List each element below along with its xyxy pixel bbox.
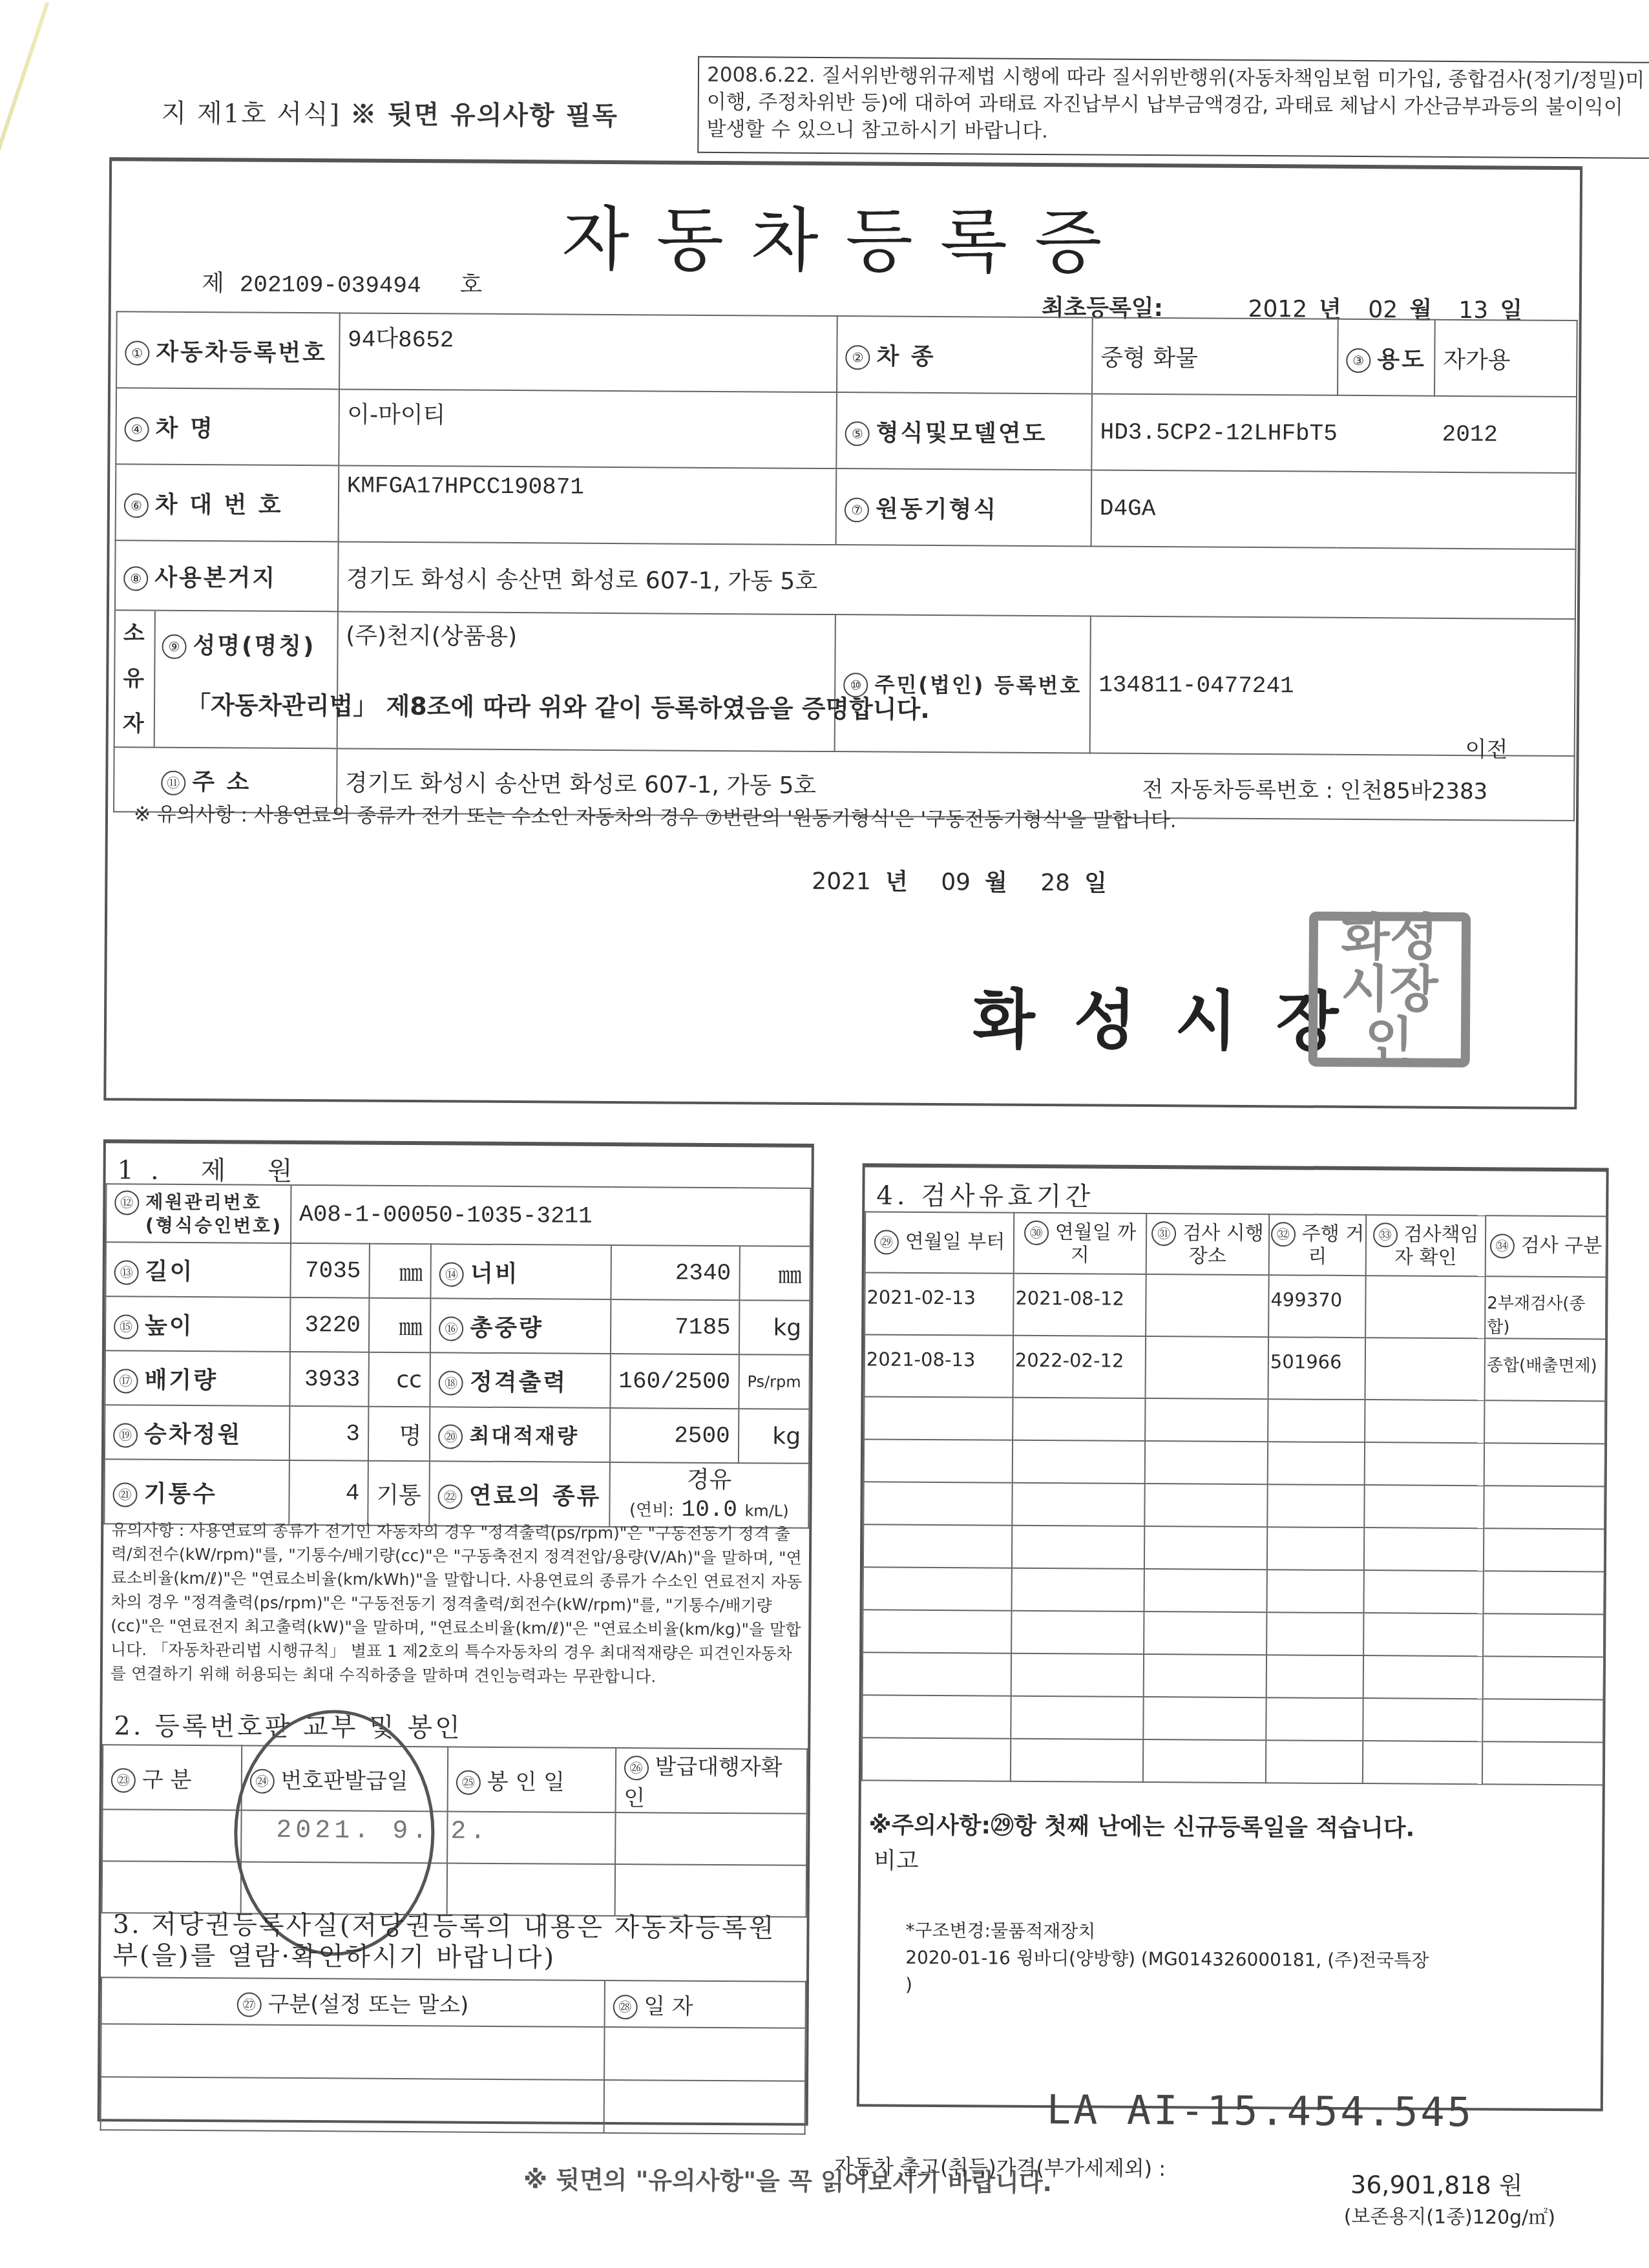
remarks-label: 비고 <box>874 1842 919 1875</box>
column-header: ㉘일 자 <box>604 1980 806 2028</box>
table-row: ⑰배기량 3933 cc ⑱정격출력 160/2500 Ps/rpm <box>105 1350 809 1409</box>
table-row: ⑥차 대 번 호 KMFGA17HPCC190871 ⑦원동기형식 D4GA <box>116 464 1577 549</box>
label-text: 제원관리번호 <box>145 1192 262 1213</box>
vehicle-name-value: 이-마이티 <box>339 389 837 468</box>
rated-output-value: 160/2500 <box>610 1354 739 1409</box>
field-number: ㉜ <box>1271 1222 1296 1246</box>
empty-cell <box>1011 1611 1144 1654</box>
cell-type: 종합(배출면제) <box>1485 1338 1606 1401</box>
empty-cell <box>1267 1527 1364 1570</box>
field-label: ③용도 <box>1338 319 1435 396</box>
cert-no-suffix: 호 <box>460 272 483 299</box>
empty-cell <box>1145 1441 1268 1484</box>
empty-cell <box>1144 1484 1267 1527</box>
owner-name-value: (주)천지(상품용) <box>337 611 835 751</box>
cylinders-value: 4 <box>289 1460 368 1526</box>
engine-type-value: D4GA <box>1091 470 1577 550</box>
empty-cell <box>1266 1655 1363 1698</box>
empty-cell <box>1364 1485 1484 1528</box>
empty-cell <box>1363 1570 1483 1613</box>
year-unit: 년 <box>885 869 908 896</box>
empty-cell <box>1144 1612 1266 1655</box>
stamp-date: 2021. 9. 2. <box>276 1816 489 1847</box>
lien-table: ㉗구분(설정 또는 말소) ㉘일 자 <box>100 1977 806 2135</box>
empty-cell <box>864 1396 1013 1440</box>
empty-cell <box>1144 1569 1266 1612</box>
issue-day: 28 <box>1040 870 1070 896</box>
cell-from: 2021-02-13 <box>865 1272 1014 1335</box>
field-label: ⑦원동기형식 <box>836 468 1091 546</box>
table-row <box>862 1695 1603 1742</box>
empty-cell <box>1013 1398 1145 1441</box>
displacement-value: 3933 <box>289 1352 368 1407</box>
field-label: ⑩주민(법인) 등록번호 <box>835 614 1091 753</box>
label-text: 사용본거지 <box>154 564 277 591</box>
paper-fold-line <box>0 2 49 371</box>
seating-capacity-value: 3 <box>289 1406 368 1461</box>
max-load-value: 2500 <box>610 1408 739 1463</box>
transfer-label: 이전 <box>1465 731 1508 763</box>
vin-value: KMFGA17HPCC190871 <box>338 465 836 545</box>
empty-cell <box>1145 1398 1268 1442</box>
field-number: ⑦ <box>845 498 869 522</box>
empty-cell <box>1363 1741 1482 1784</box>
table-row: 2021-08-132022-02-12501966종합(배출면제) <box>865 1334 1606 1401</box>
table-row <box>102 1861 806 1917</box>
unit: kg <box>738 1409 809 1464</box>
registration-certificate: 자동차등록증 제202109-039494호 최초등록일: 2012년 02월 … <box>103 157 1582 1109</box>
empty-cell <box>1484 1443 1605 1486</box>
label-text: 정격출력 <box>470 1369 567 1396</box>
cert-no-value: 202109-039494 <box>240 271 421 299</box>
empty-cell <box>1266 1570 1363 1613</box>
specifications-table: ⑫제원관리번호(형식승인번호) A08-1-00050-1035-3211 ⑬길… <box>103 1183 811 1529</box>
column-header: ㉙연월일 부터 <box>865 1212 1014 1273</box>
field-number: ㉙ <box>874 1230 899 1254</box>
unit: 명 <box>368 1407 430 1462</box>
length-value: 7035 <box>290 1243 369 1298</box>
field-number: ㉘ <box>613 1995 637 2019</box>
cert-no-prefix: 제 <box>202 270 224 297</box>
empty-cell <box>1268 1399 1365 1442</box>
table-row: ④차 명 이-마이티 ⑤형식및모델연도 HD3.5CP2-12LHFbT5 20… <box>116 388 1577 473</box>
column-header: ㉜주행 거리 <box>1269 1214 1367 1276</box>
vehicle-price-label: 자동차 출고(취득)가격(부가세제외) : <box>834 2150 1166 2182</box>
plate-number-value: 94다8652 <box>339 313 837 392</box>
field-number: ㉛ <box>1151 1221 1176 1246</box>
paper-spec: (보존용지(1종)120g/㎡) <box>1344 2200 1555 2230</box>
column-header: ㉛검사 시행장소 <box>1146 1213 1270 1275</box>
table-row <box>862 1738 1603 1785</box>
column-header: ㉚연월일 까지 <box>1014 1213 1147 1274</box>
empty-cell <box>863 1652 1011 1696</box>
label-text: 너비 <box>470 1260 520 1286</box>
model-year-value: 2012 <box>1434 396 1577 473</box>
remark-line: 2020-01-16 윙바디(양방향) (MG014326000181, (주)… <box>905 1944 1429 1975</box>
field-number: ④ <box>125 417 149 441</box>
mgmt-no-label: ⑫제원관리번호(형식승인번호) <box>106 1184 291 1243</box>
unit: Ps/rpm <box>739 1354 810 1409</box>
field-number: ① <box>125 341 149 365</box>
height-value: 3220 <box>290 1297 369 1352</box>
label-text: 연료의 종류 <box>469 1482 602 1509</box>
field-label: ②차 종 <box>837 316 1092 394</box>
table-row: ㉗구분(설정 또는 말소) ㉘일 자 <box>101 1977 806 2028</box>
empty-cell <box>1011 1568 1144 1612</box>
table-row <box>863 1482 1604 1529</box>
price-amount: 36,901,818 원 <box>1350 2170 1523 2200</box>
field-number: ⑯ <box>439 1316 463 1341</box>
table-row <box>863 1610 1604 1657</box>
empty-cell <box>1266 1612 1363 1655</box>
field-number: ⑨ <box>162 635 186 659</box>
table-row <box>101 2024 805 2081</box>
penalty-notice-box: 2008.6.22. 질서위반행위규제법 시행에 따라 질서위반행위(자동차책임… <box>697 56 1649 159</box>
table-row: 2021-02-132021-08-124993702부재검사(종합) <box>865 1272 1606 1339</box>
issue-month: 09 <box>941 869 971 896</box>
unit: ㎜ <box>369 1298 431 1353</box>
column-header: ㉖발급대행자확인 <box>615 1748 807 1814</box>
label-text: 최대적재량 <box>469 1423 579 1449</box>
read-back-notice: ※ 뒷면 유의사항 필독 <box>350 99 618 131</box>
label-text: 주행 거리 <box>1302 1223 1365 1268</box>
section-title: 4. 검사유효기간 <box>876 1175 1094 1213</box>
handwritten-note: LA AI-15.454.545 <box>1047 2086 1475 2136</box>
column-header: ㉞검사 구분 <box>1486 1215 1607 1277</box>
vehicle-type-value: 중형 화물 <box>1092 318 1338 395</box>
column-header: ㉗구분(설정 또는 말소) <box>101 1977 605 2027</box>
empty-cell <box>1266 1697 1363 1741</box>
table-row <box>101 2077 805 2134</box>
label-text: 차 종 <box>877 343 936 370</box>
base-location-value: 경기도 화성시 송산면 화성로 607-1, 가동 5호 <box>338 541 1576 619</box>
empty-cell <box>1144 1526 1267 1570</box>
label-text: 승차정원 <box>144 1421 242 1448</box>
empty-cell <box>863 1524 1012 1568</box>
unit: kg <box>739 1300 810 1355</box>
empty-cell <box>1013 1440 1145 1484</box>
field-number: ⑮ <box>114 1314 138 1339</box>
label-text: 배기량 <box>145 1367 218 1394</box>
empty-cell <box>1484 1400 1605 1444</box>
empty-cell <box>1484 1486 1604 1529</box>
empty-cell <box>1482 1741 1603 1785</box>
table-row: ⑫제원관리번호(형식승인번호) A08-1-00050-1035-3211 <box>106 1184 811 1246</box>
remark-line: ) <box>905 1971 1429 2002</box>
field-number: ㉑ <box>112 1482 137 1507</box>
field-number: ㉚ <box>1024 1221 1049 1245</box>
specifications-section: 1. 제 원 ⑫제원관리번호(형식승인번호) A08-1-00050-1035-… <box>98 1139 814 2126</box>
field-label: ⑥차 대 번 호 <box>116 464 339 541</box>
empty-cell <box>862 1738 1011 1781</box>
column-header: ㉝검사책임자 확인 <box>1366 1215 1486 1276</box>
empty-cell <box>1365 1400 1484 1443</box>
form-label: 지 제1호 서식] ※ 뒷면 유의사항 필독 <box>161 93 618 132</box>
field-number: ㉝ <box>1372 1223 1397 1247</box>
empty-cell <box>864 1439 1013 1482</box>
table-row: 소유자⑨성명(명칭) (주)천지(상품용) ⑩주민(법인) 등록번호 13481… <box>114 610 1575 756</box>
section-title: 3. 저당권등록사실(저당권등록의 내용은 자동차등록원부(을)를 열람·확인하… <box>112 1909 798 1975</box>
field-number: ㉓ <box>111 1768 136 1792</box>
label-text: 검사 구분 <box>1521 1234 1602 1257</box>
mgmt-no-value: A08-1-00050-1035-3211 <box>291 1185 811 1246</box>
field-label: ⑤형식및모델연도 <box>837 392 1092 470</box>
inspection-table: ㉙연월일 부터㉚연월일 까지㉛검사 시행장소㉜주행 거리㉝검사책임자 확인㉞검사… <box>861 1211 1607 1785</box>
document-page: 지 제1호 서식] ※ 뒷면 유의사항 필독 2008.6.22. 질서위반행위… <box>0 0 1649 2268</box>
table-row <box>863 1652 1604 1699</box>
empty-cell <box>863 1567 1012 1610</box>
label-text: 연월일 까지 <box>1055 1221 1137 1267</box>
label-text: 검사책임자 확인 <box>1394 1223 1479 1269</box>
section-title: 1. 제 원 <box>117 1150 309 1188</box>
empty-cell <box>1365 1442 1484 1486</box>
field-number: ⑭ <box>439 1262 464 1286</box>
table-row <box>864 1439 1605 1486</box>
table-row <box>863 1567 1604 1614</box>
unit: km/L) <box>744 1502 788 1520</box>
label-text: 자동차등록번호 <box>156 339 327 366</box>
field-label: ④차 명 <box>116 388 339 465</box>
gross-weight-value: 7185 <box>611 1299 739 1354</box>
field-number: ⑧ <box>123 566 148 591</box>
label-text: 형식및모델연도 <box>876 419 1047 447</box>
field-number: ⑰ <box>114 1369 138 1393</box>
cell-mileage: 501966 <box>1268 1337 1366 1400</box>
electric-vehicle-notice: ※ 유의사항 : 사용연료의 종류가 전기 또는 수소인 자동차의 경우 ⑦번란… <box>134 797 1177 833</box>
column-header: ㉓구 분 <box>103 1745 242 1810</box>
field-label: ⑧사용본거지 <box>115 540 338 611</box>
empty-cell <box>1268 1442 1365 1485</box>
cell-mileage: 499370 <box>1268 1275 1366 1338</box>
empty-cell <box>1144 1654 1266 1697</box>
cell-to: 2022-02-12 <box>1013 1336 1146 1398</box>
empty-cell <box>862 1695 1011 1738</box>
field-number: ㉗ <box>236 1992 261 2017</box>
unit: cc <box>368 1352 430 1407</box>
label-text: 용도 <box>1377 346 1426 373</box>
cell-place <box>1146 1336 1269 1399</box>
label-text: 검사 시행장소 <box>1182 1222 1264 1268</box>
label-text: 높이 <box>145 1312 194 1339</box>
empty-cell <box>1484 1528 1604 1571</box>
empty-cell <box>1266 1740 1363 1783</box>
label-text: 차 대 번 호 <box>155 491 283 518</box>
empty-cell <box>863 1482 1012 1525</box>
empty-cell <box>1267 1484 1364 1528</box>
empty-cell <box>1364 1528 1484 1571</box>
inspection-section: 4. 검사유효기간 ㉙연월일 부터㉚연월일 까지㉛검사 시행장소㉜주행 거리㉝검… <box>857 1163 1609 2111</box>
cell-type: 2부재검사(종합) <box>1485 1276 1606 1339</box>
field-number: ⑳ <box>438 1424 463 1449</box>
unit: 기통 <box>368 1461 430 1526</box>
field-number: ⑤ <box>845 421 870 446</box>
label-text: 기통수 <box>143 1480 217 1507</box>
vehicle-price-value: 36,901,818 원 <box>1350 2165 1523 2201</box>
issue-date: 2021년 09월 28일 <box>812 863 1133 898</box>
field-number: ㉕ <box>456 1770 481 1795</box>
inspection-warning: ※주의사항:㉙항 첫째 난에는 신규등록일을 적습니다. <box>868 1807 1414 1843</box>
official-seal-icon: 화성시장인 <box>1308 912 1471 1068</box>
cell-from: 2021-08-13 <box>865 1334 1014 1397</box>
empty-cell <box>1143 1697 1266 1740</box>
field-number: ③ <box>1346 348 1371 372</box>
month-unit: 월 <box>985 870 1007 896</box>
issue-year: 2021 <box>812 868 871 896</box>
cell-to: 2021-08-12 <box>1013 1274 1146 1336</box>
label-text: 구분(설정 또는 말소) <box>268 1991 468 2018</box>
empty-cell <box>1011 1739 1143 1782</box>
empty-cell <box>1483 1571 1604 1614</box>
empty-cell <box>1012 1483 1144 1526</box>
fuel-economy-value: 10.0 <box>681 1496 737 1523</box>
cell-inspector <box>1365 1338 1486 1400</box>
field-number: ⑥ <box>124 493 149 518</box>
empty-cell <box>1363 1613 1483 1656</box>
model-value: HD3.5CP2-12LHFbT5 <box>1091 394 1434 472</box>
label-text: 구 분 <box>142 1767 192 1792</box>
owner-name-label: 소유자⑨성명(명칭) <box>114 610 338 748</box>
field-number: ② <box>846 345 870 370</box>
usage-value: 자가용 <box>1434 320 1577 397</box>
table-row <box>864 1396 1605 1444</box>
certificate-number: 제202109-039494호 <box>202 265 483 300</box>
empty-cell <box>1011 1654 1144 1697</box>
label-text: 원동기형식 <box>876 496 998 523</box>
empty-cell <box>863 1610 1011 1653</box>
field-number: ⑱ <box>439 1370 463 1395</box>
unit: ㎜ <box>739 1246 810 1301</box>
table-row: ⑧사용본거지 경기도 화성시 송산면 화성로 607-1, 가동 5호 <box>115 540 1576 619</box>
table-row: ⑬길이 7035 ㎜ ⑭너비 2340 ㎜ <box>105 1242 810 1301</box>
table-row: ①자동차등록번호 94다8652 ②차 종 중형 화물 ③용도 자가용 <box>116 311 1577 397</box>
field-number: ⑫ <box>114 1190 139 1215</box>
table-row: ⑮높이 3220 ㎜ ⑯총중량 7185 kg <box>105 1296 810 1355</box>
empty-cell <box>1363 1655 1483 1699</box>
table-header-row: ㉙연월일 부터㉚연월일 까지㉛검사 시행장소㉜주행 거리㉝검사책임자 확인㉞검사… <box>865 1212 1607 1277</box>
label-text: 차 명 <box>156 415 215 442</box>
field-number: ⑪ <box>161 770 185 795</box>
field-number: ㉖ <box>624 1756 648 1780</box>
field-number: ⑲ <box>113 1423 138 1447</box>
field-number: ㉒ <box>438 1484 463 1509</box>
table-row: ㉓구 분 ㉔번호판발급일 ㉕봉 인 일 ㉖발급대행자확인 <box>103 1745 808 1814</box>
empty-cell <box>1483 1613 1604 1657</box>
fuel-economy-label: (연비: <box>629 1500 674 1520</box>
label-text: 총중량 <box>470 1314 543 1341</box>
label-text: 봉 인 일 <box>487 1769 565 1795</box>
label-text: 성명(명칭) <box>193 633 315 660</box>
inspection-rows: 2021-02-132021-08-124993702부재검사(종합)2021-… <box>862 1272 1606 1785</box>
label-text: 일 자 <box>644 1993 693 2019</box>
day-unit: 일 <box>1084 870 1107 896</box>
remark-line: *구조변경:물품적재장치 <box>905 1917 1429 1948</box>
seal-text: 화성시장인 <box>1334 912 1445 1067</box>
table-row <box>863 1524 1604 1571</box>
field-number: ⑬ <box>114 1260 139 1285</box>
form-number: 지 제1호 서식] <box>161 99 341 130</box>
empty-cell <box>1143 1739 1266 1783</box>
remarks-text: *구조변경:물품적재장치 2020-01-16 윙바디(양방향) (MG0143… <box>905 1917 1429 2002</box>
column-header: ㉕봉 인 일 <box>448 1747 616 1812</box>
width-value: 2340 <box>611 1245 739 1300</box>
empty-cell <box>1363 1698 1482 1741</box>
empty-cell <box>1482 1699 1603 1742</box>
unit: ㎜ <box>369 1244 431 1299</box>
label-text: 주 소 <box>192 769 251 796</box>
table-row: ㉑기통수 4 기통 ㉒연료의 종류 경유(연비: 10.0 km/L) <box>104 1459 809 1528</box>
empty-cell <box>1012 1526 1144 1569</box>
field-label: ①자동차등록번호 <box>116 311 339 389</box>
field-number: ㉞ <box>1490 1234 1515 1258</box>
cell-inspector <box>1365 1276 1486 1338</box>
fuel-type-value: 경유(연비: 10.0 km/L) <box>609 1462 809 1528</box>
empty-cell <box>1011 1696 1143 1739</box>
sublabel-text: (형식승인번호) <box>145 1215 282 1237</box>
empty-cell <box>1483 1656 1604 1699</box>
previous-registration-number: 전 자동차등록번호 : 인천85바2383 <box>1142 772 1487 805</box>
table-row: ⑲승차정원 3 명 ⑳최대적재량 2500 kg <box>105 1405 809 1464</box>
cell-place <box>1146 1274 1269 1337</box>
specifications-note: 유의사항 : 사용연료의 종류가 전기인 자동차의 경우 "정격출력(ps/rp… <box>110 1518 803 1690</box>
certification-statement: 「자동차관리법」 제8조에 따라 위와 같이 등록하였음을 증명합니다. <box>186 685 930 725</box>
owner-group-label: 소유자 <box>115 611 156 746</box>
fuel-type-text: 경유 <box>687 1466 732 1493</box>
label-text: 길이 <box>145 1258 194 1285</box>
label-text: 연월일 부터 <box>905 1230 1005 1254</box>
registration-table: ①자동차등록번호 94다8652 ②차 종 중형 화물 ③용도 자가용 ④차 명… <box>113 311 1578 821</box>
